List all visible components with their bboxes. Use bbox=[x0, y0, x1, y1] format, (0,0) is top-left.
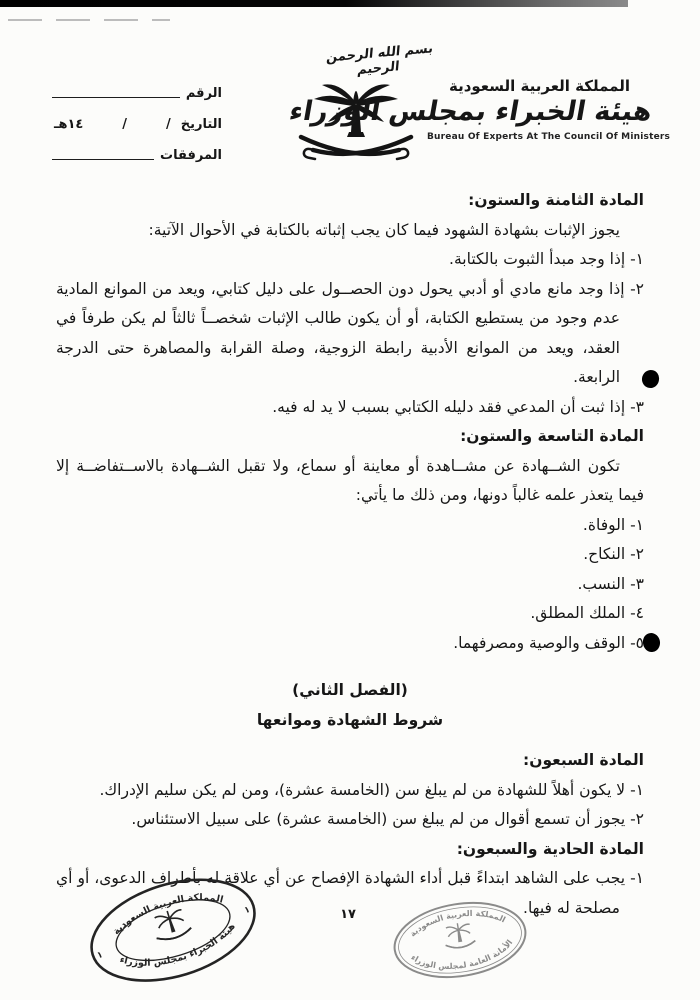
article-68-heading: المادة الثامنة والستون: bbox=[56, 186, 644, 216]
number-blank-line bbox=[52, 95, 180, 98]
attachments-blank-line bbox=[52, 157, 154, 160]
article-68-item-2: ٢- إذا وجد مانع مادي أو أدبي يحول دون ال… bbox=[56, 275, 644, 393]
chapter-2-subtitle: شروط الشهادة وموانعها bbox=[56, 706, 644, 736]
scan-artifact-dashes bbox=[8, 19, 170, 21]
attachments-label: المرفقات bbox=[160, 148, 222, 163]
date-label: التاريخ bbox=[181, 117, 222, 132]
bureau-name-calligraphy: هيئة الخبراء بمجلس الوزراء bbox=[424, 96, 654, 127]
hole-punch-dot bbox=[642, 632, 661, 653]
article-69-item-2: ٢- النكاح. bbox=[56, 540, 644, 570]
field-row-number: الرقم bbox=[52, 86, 222, 101]
field-row-date: التاريخ / / ١٤هـ bbox=[52, 117, 222, 132]
article-68-intro: يجوز الإثبات بشهادة الشهود فيما كان يجب … bbox=[56, 216, 644, 246]
article-70-heading: المادة السبعون: bbox=[56, 746, 644, 776]
article-70-item-1: ١- لا يكون أهلاً للشهادة من لم يبلغ سن (… bbox=[56, 776, 644, 806]
article-69-item-1: ١- الوفاة. bbox=[56, 511, 644, 541]
chapter-2-heading: (الفصل الثاني) bbox=[56, 676, 644, 706]
article-68-item-1: ١- إذا وجد مبدأ الثبوت بالكتابة. bbox=[56, 245, 644, 275]
letterhead-fields: الرقم التاريخ / / ١٤هـ المرفقات bbox=[52, 86, 222, 179]
bureau-name-english: Bureau Of Experts At The Council Of Mini… bbox=[427, 132, 652, 142]
date-hijri-year: ١٤هـ bbox=[54, 117, 83, 132]
field-row-attachments: المرفقات bbox=[52, 148, 222, 163]
stamp-palm-emblem-icon bbox=[443, 921, 476, 950]
kingdom-name-arabic: المملكة العربية السعودية bbox=[427, 77, 652, 95]
date-slash: / bbox=[122, 117, 127, 132]
document-body: المادة الثامنة والستون: يجوز الإثبات بشه… bbox=[56, 186, 644, 923]
article-69-item-4: ٤- الملك المطلق. bbox=[56, 599, 644, 629]
article-69-heading: المادة التاسعة والستون: bbox=[56, 422, 644, 452]
document-page: الرقم التاريخ / / ١٤هـ المرفقات بسم الله… bbox=[0, 0, 700, 1000]
stamp-side-mark: ١ bbox=[96, 950, 104, 961]
organization-block: المملكة العربية السعودية هيئة الخبراء بم… bbox=[427, 77, 652, 142]
article-70-item-2: ٢- يجوز أن تسمع أقوال من لم يبلغ سن (الخ… bbox=[56, 805, 644, 835]
date-slash: / bbox=[166, 117, 171, 132]
scan-artifact-top-bar bbox=[0, 0, 628, 7]
article-69-intro: تكون الشــهادة عن مشــاهدة أو معاينة أو … bbox=[56, 452, 644, 511]
date-value: / / ١٤هـ bbox=[52, 117, 181, 132]
article-68-item-3: ٣- إذا ثبت أن المدعي فقد دليله الكتابي ب… bbox=[56, 393, 644, 423]
stamp-side-mark: ١ bbox=[243, 905, 251, 916]
page-number: ١٧ bbox=[328, 907, 368, 922]
stamp-bottom-text: هيئة الخبراء بمجلس الوزراء bbox=[116, 919, 243, 981]
number-label: الرقم bbox=[186, 86, 222, 101]
article-71-heading: المادة الحادية والسبعون: bbox=[56, 835, 644, 865]
article-69-item-5: ٥- الوقف والوصية ومصرفهما. bbox=[56, 629, 644, 659]
article-69-item-3: ٣- النسب. bbox=[56, 570, 644, 600]
